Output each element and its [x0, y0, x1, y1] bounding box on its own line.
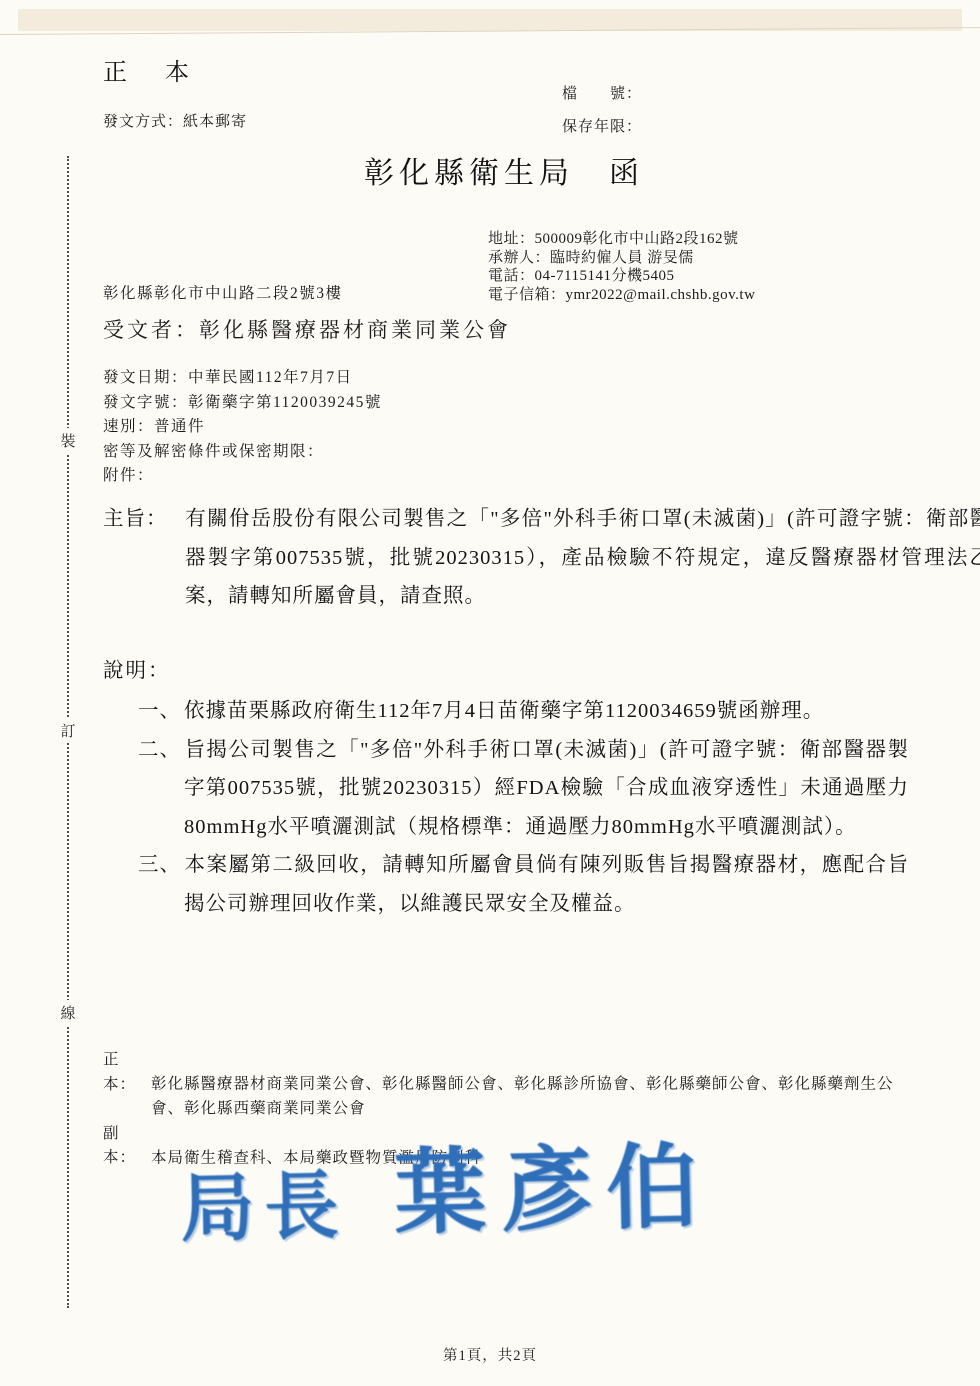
item-1-marker: 一、 — [138, 692, 184, 731]
speed-line: 速別：普通件 — [103, 415, 382, 440]
explanation-label: 說明： — [103, 653, 171, 683]
send-method-line: 發文方式：紙本郵寄 — [103, 110, 247, 131]
explanation-item-3: 三、本案屬第二級回收，請轉知所屬會員倘有陳列販售旨揭醫療器材，應配合旨揭公司辦理… — [138, 846, 909, 923]
signature-title: 局長 — [179, 1147, 349, 1256]
page-indicator: 第1頁，共2頁 — [0, 1344, 980, 1365]
binding-mark-xian: 線 — [58, 1000, 78, 1025]
explanation-items: 一、依據苗栗縣政府衛生112年7月4日苗衛藥字第1120034659號函辦理。 … — [138, 692, 909, 924]
agency-contact-block: 地址：500009彰化市中山路2段162號 承辦人：臨時約僱人員 游旻儒 電話：… — [488, 230, 755, 304]
original-recipients-text: 彰化縣醫療器材商業同業公會、彰化縣醫師公會、彰化縣診所協會、彰化縣藥師公會、彰化… — [151, 1076, 894, 1118]
subject-text: 有關佾岳股份有限公司製售之「"多倍"外科手術口罩(未滅菌)」(許可證字號：衛部醫… — [185, 508, 980, 607]
explanation-item-1: 一、依據苗栗縣政府衛生112年7月4日苗衛藥字第1120034659號函辦理。 — [138, 692, 909, 731]
issue-number-line: 發文字號：彰衛藥字第1120039245號 — [103, 391, 382, 416]
agency-contact-person: 承辦人：臨時約僱人員 游旻儒 — [488, 249, 755, 268]
item-1-text: 依據苗栗縣政府衛生112年7月4日苗衛藥字第1120034659號函辦理。 — [184, 700, 824, 722]
issue-date-line: 發文日期：中華民國112年7月7日 — [103, 366, 382, 391]
attachment-line: 附件： — [103, 464, 382, 489]
signature-name: 葉彥伯 — [393, 1113, 714, 1252]
signature-stamp: 局長 葉彥伯 — [179, 1112, 782, 1257]
subject-paragraph: 主旨：有關佾岳股份有限公司製售之「"多倍"外科手術口罩(未滅菌)」(許可證字號：… — [103, 500, 980, 616]
explanation-item-2: 二、旨揭公司製售之「"多倍"外科手術口罩(未滅菌)」(許可證字號：衛部醫器製字第… — [138, 731, 909, 847]
copy-type-label: 正 本 — [103, 52, 205, 87]
original-recipients-row: 正本：彰化縣醫療器材商業同業公會、彰化縣醫師公會、彰化縣診所協會、彰化縣藥師公會… — [103, 1048, 923, 1122]
original-recipients-label: 正本： — [103, 1048, 151, 1097]
copy-recipients-label: 副本： — [103, 1122, 151, 1171]
agency-address: 地址：500009彰化市中山路2段162號 — [488, 230, 755, 249]
agency-email: 電子信箱：ymr2022@mail.chshb.gov.tw — [488, 286, 755, 305]
item-3-marker: 三、 — [138, 846, 184, 885]
binding-mark-ding: 訂 — [58, 718, 78, 743]
item-2-marker: 二、 — [138, 731, 184, 770]
recipient-line: 受文者：彰化縣醫療器材商業同業公會 — [103, 314, 511, 344]
item-2-text: 旨揭公司製售之「"多倍"外科手術口罩(未滅菌)」(許可證字號：衛部醫器製字第00… — [184, 739, 909, 838]
item-3-text: 本案屬第二級回收，請轉知所屬會員倘有陳列販售旨揭醫療器材，應配合旨揭公司辦理回收… — [184, 854, 909, 915]
subject-label: 主旨： — [103, 500, 185, 539]
retention-period-label: 保存年限： — [562, 115, 642, 136]
document-title: 彰化縣衛生局 函 — [14, 148, 980, 192]
document-meta-block: 發文日期：中華民國112年7月7日 發文字號：彰衛藥字第1120039245號 … — [103, 366, 382, 489]
security-line: 密等及解密條件或保密期限： — [103, 440, 382, 465]
binding-mark-zhuang: 裝 — [58, 428, 78, 453]
agency-phone: 電話：04-7115141分機5405 — [488, 267, 755, 286]
recipient-street-address: 彰化縣彰化市中山路二段2號3樓 — [103, 281, 343, 303]
file-number-label: 檔 號： — [562, 82, 642, 103]
